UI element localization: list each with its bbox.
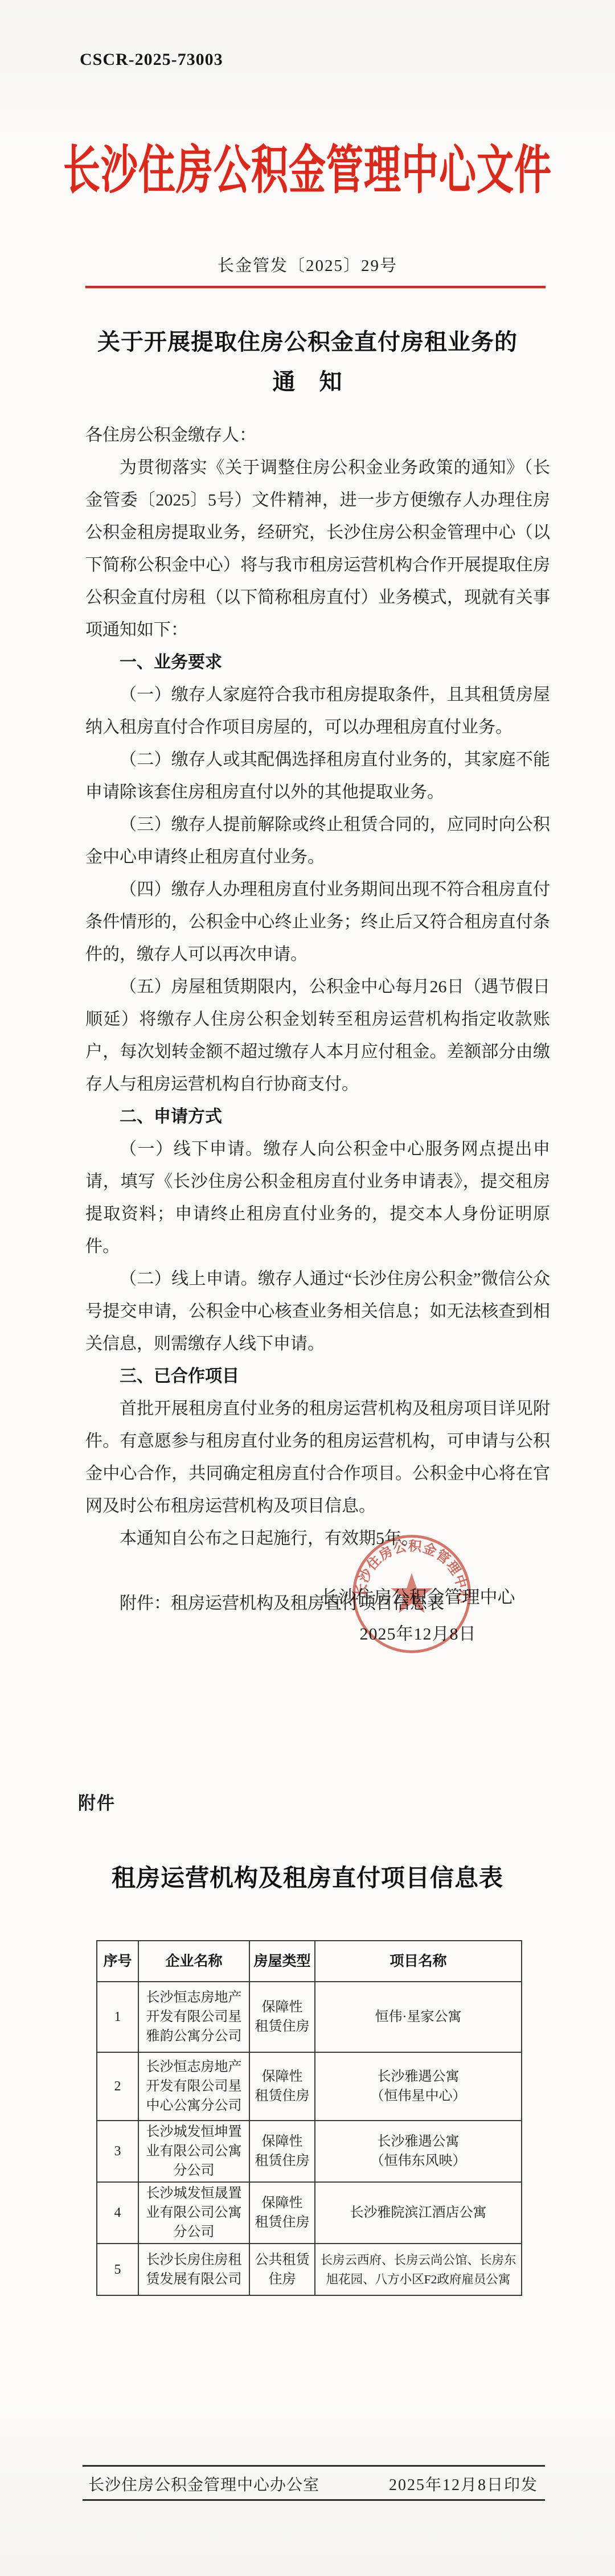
table-row: 5 长沙长房住房租赁发展有限公司 公共租赁 住房 长房云西府、长房云尚公馆、长房… [97,2244,522,2295]
cell-house-type: 保障性 租赁住房 [249,2052,315,2121]
header-seq: 序号 [97,1941,138,1982]
cell-house-type: 公共租赁 住房 [249,2244,315,2295]
intro-paragraph: 为贯彻落实《关于调整住房公积金业务政策的通知》（长金管委〔2025〕5号）文件精… [85,451,550,646]
item-1-5: （五）房屋租赁期限内，公积金中心每月26日（遇节假日顺延）将缴存人住房公积金划转… [85,971,550,1100]
item-1-1: （一）缴存人家庭符合我市租房提取条件，且其租赁房屋纳入租房直付合作项目房屋的，可… [85,679,550,743]
salutation: 各住房公积金缴存人： [85,419,550,451]
item-1-4: （四）缴存人办理租房直付业务期间出现不符合租房直付条件情形的，公积金中心终止业务… [85,873,550,971]
cell-seq: 4 [97,2182,138,2244]
doc-code: CSCR-2025-73003 [80,50,223,69]
cell-house-type: 保障性 租赁住房 [249,1982,315,2052]
cell-seq: 3 [97,2121,138,2182]
cell-seq: 2 [97,2052,138,2121]
cooperation-paragraph: 首批开展租房直付业务的租房运营机构及租房项目详见附件。有意愿参与租房直付业务的租… [85,1392,550,1522]
seal-star-icon [391,1573,433,1613]
header-house-type: 房屋类型 [249,1941,315,1982]
cell-seq: 1 [97,1982,138,2052]
cell-company: 长沙长房住房租赁发展有限公司 [138,2244,249,2295]
item-2-1: （一）线下申请。缴存人向公积金中心服务网点提出申请，填写《长沙住房公积金租房直付… [85,1133,550,1263]
footer: 长沙住房公积金管理中心办公室 2025年12月8日印发 [83,2470,545,2498]
table-row: 2 长沙恒志房地产开发有限公司星中心公寓分公司 保障性 租赁住房 长沙雅遇公寓 … [97,2052,522,2121]
notice-title-line2: 通 知 [0,362,615,402]
notice-title: 关于开展提取住房公积金直付房租业务的 通 知 [0,322,615,402]
cell-company: 长沙恒志房地产开发有限公司星中心公寓分公司 [138,2052,249,2121]
validity-paragraph: 本通知自公布之日起施行，有效期5年。 [85,1522,550,1555]
cell-house-type: 保障性 租赁住房 [249,2121,315,2182]
official-seal-icon: 长沙住房公积金管理中心 [345,1527,478,1661]
item-1-2: （二）缴存人或其配偶选择租房直付业务的，其家庭不能申请除该套住房租房直付以外的其… [85,743,550,808]
cell-project: 长沙雅遇公寓 （恒伟星中心） [315,2052,522,2121]
header-company: 企业名称 [138,1941,249,1982]
document-page: CSCR-2025-73003 长沙住房公积金管理中心文件 长金管发〔2025〕… [0,0,615,2576]
section-heading-1: 一、业务要求 [85,646,550,679]
table-row: 4 长沙城发恒晟置业有限公司公寓分公司 保障性 租赁住房 长沙雅院滨江酒店公寓 [97,2182,522,2244]
attachment-title: 租房运营机构及租房直付项目信息表 [0,1859,615,1893]
project-info-table: 序号 企业名称 房屋类型 项目名称 1 长沙恒志房地产开发有限公司星雅韵公寓分公… [96,1940,522,2296]
notice-title-line1: 关于开展提取住房公积金直付房租业务的 [0,322,615,362]
doc-number: 长金管发〔2025〕29号 [0,253,615,276]
footer-rule-bottom [83,2499,545,2501]
item-2-2: （二）线上申请。缴存人通过“长沙住房公积金”微信公众号提交申请，公积金中心核查业… [85,1263,550,1360]
item-1-3: （三）缴存人提前解除或终止租赁合同的，应同时向公积金中心申请终止租房直付业务。 [85,808,550,873]
cell-company: 长沙恒志房地产开发有限公司星雅韵公寓分公司 [138,1982,249,2052]
cell-project: 长房云西府、长房云尚公馆、长房东旭花园、八方小区F2政府雇员公寓 [315,2244,522,2295]
attachment-label: 附件 [78,1789,116,1814]
cell-project: 恒伟·星家公寓 [315,1982,522,2052]
footer-print-date: 2025年12月8日印发 [389,2472,545,2495]
table-row: 3 长沙城发恒坤置业有限公司公寓分公司 保障性 租赁住房 长沙雅遇公寓 （恒伟东… [97,2121,522,2182]
section-heading-2: 二、申请方式 [85,1100,550,1133]
red-divider-rule [85,286,546,288]
cell-company: 长沙城发恒晟置业有限公司公寓分公司 [138,2182,249,2244]
masthead-title: 长沙住房公积金管理中心文件 [0,128,615,203]
table-header-row: 序号 企业名称 房屋类型 项目名称 [97,1941,522,1982]
cell-project: 长沙雅院滨江酒店公寓 [315,2182,522,2244]
cell-company: 长沙城发恒坤置业有限公司公寓分公司 [138,2121,249,2182]
cell-project: 长沙雅遇公寓 （恒伟东风映） [315,2121,522,2182]
table-row: 1 长沙恒志房地产开发有限公司星雅韵公寓分公司 保障性 租赁住房 恒伟·星家公寓 [97,1982,522,2052]
header-project: 项目名称 [315,1941,522,1982]
notice-body: 各住房公积金缴存人： 为贯彻落实《关于调整住房公积金业务政策的通知》（长金管委〔… [85,419,550,1620]
footer-rule-top [83,2465,545,2467]
cell-seq: 5 [97,2244,138,2295]
cell-house-type: 保障性 租赁住房 [249,2182,315,2244]
footer-office: 长沙住房公积金管理中心办公室 [83,2472,319,2495]
section-heading-3: 三、已合作项目 [85,1360,550,1392]
